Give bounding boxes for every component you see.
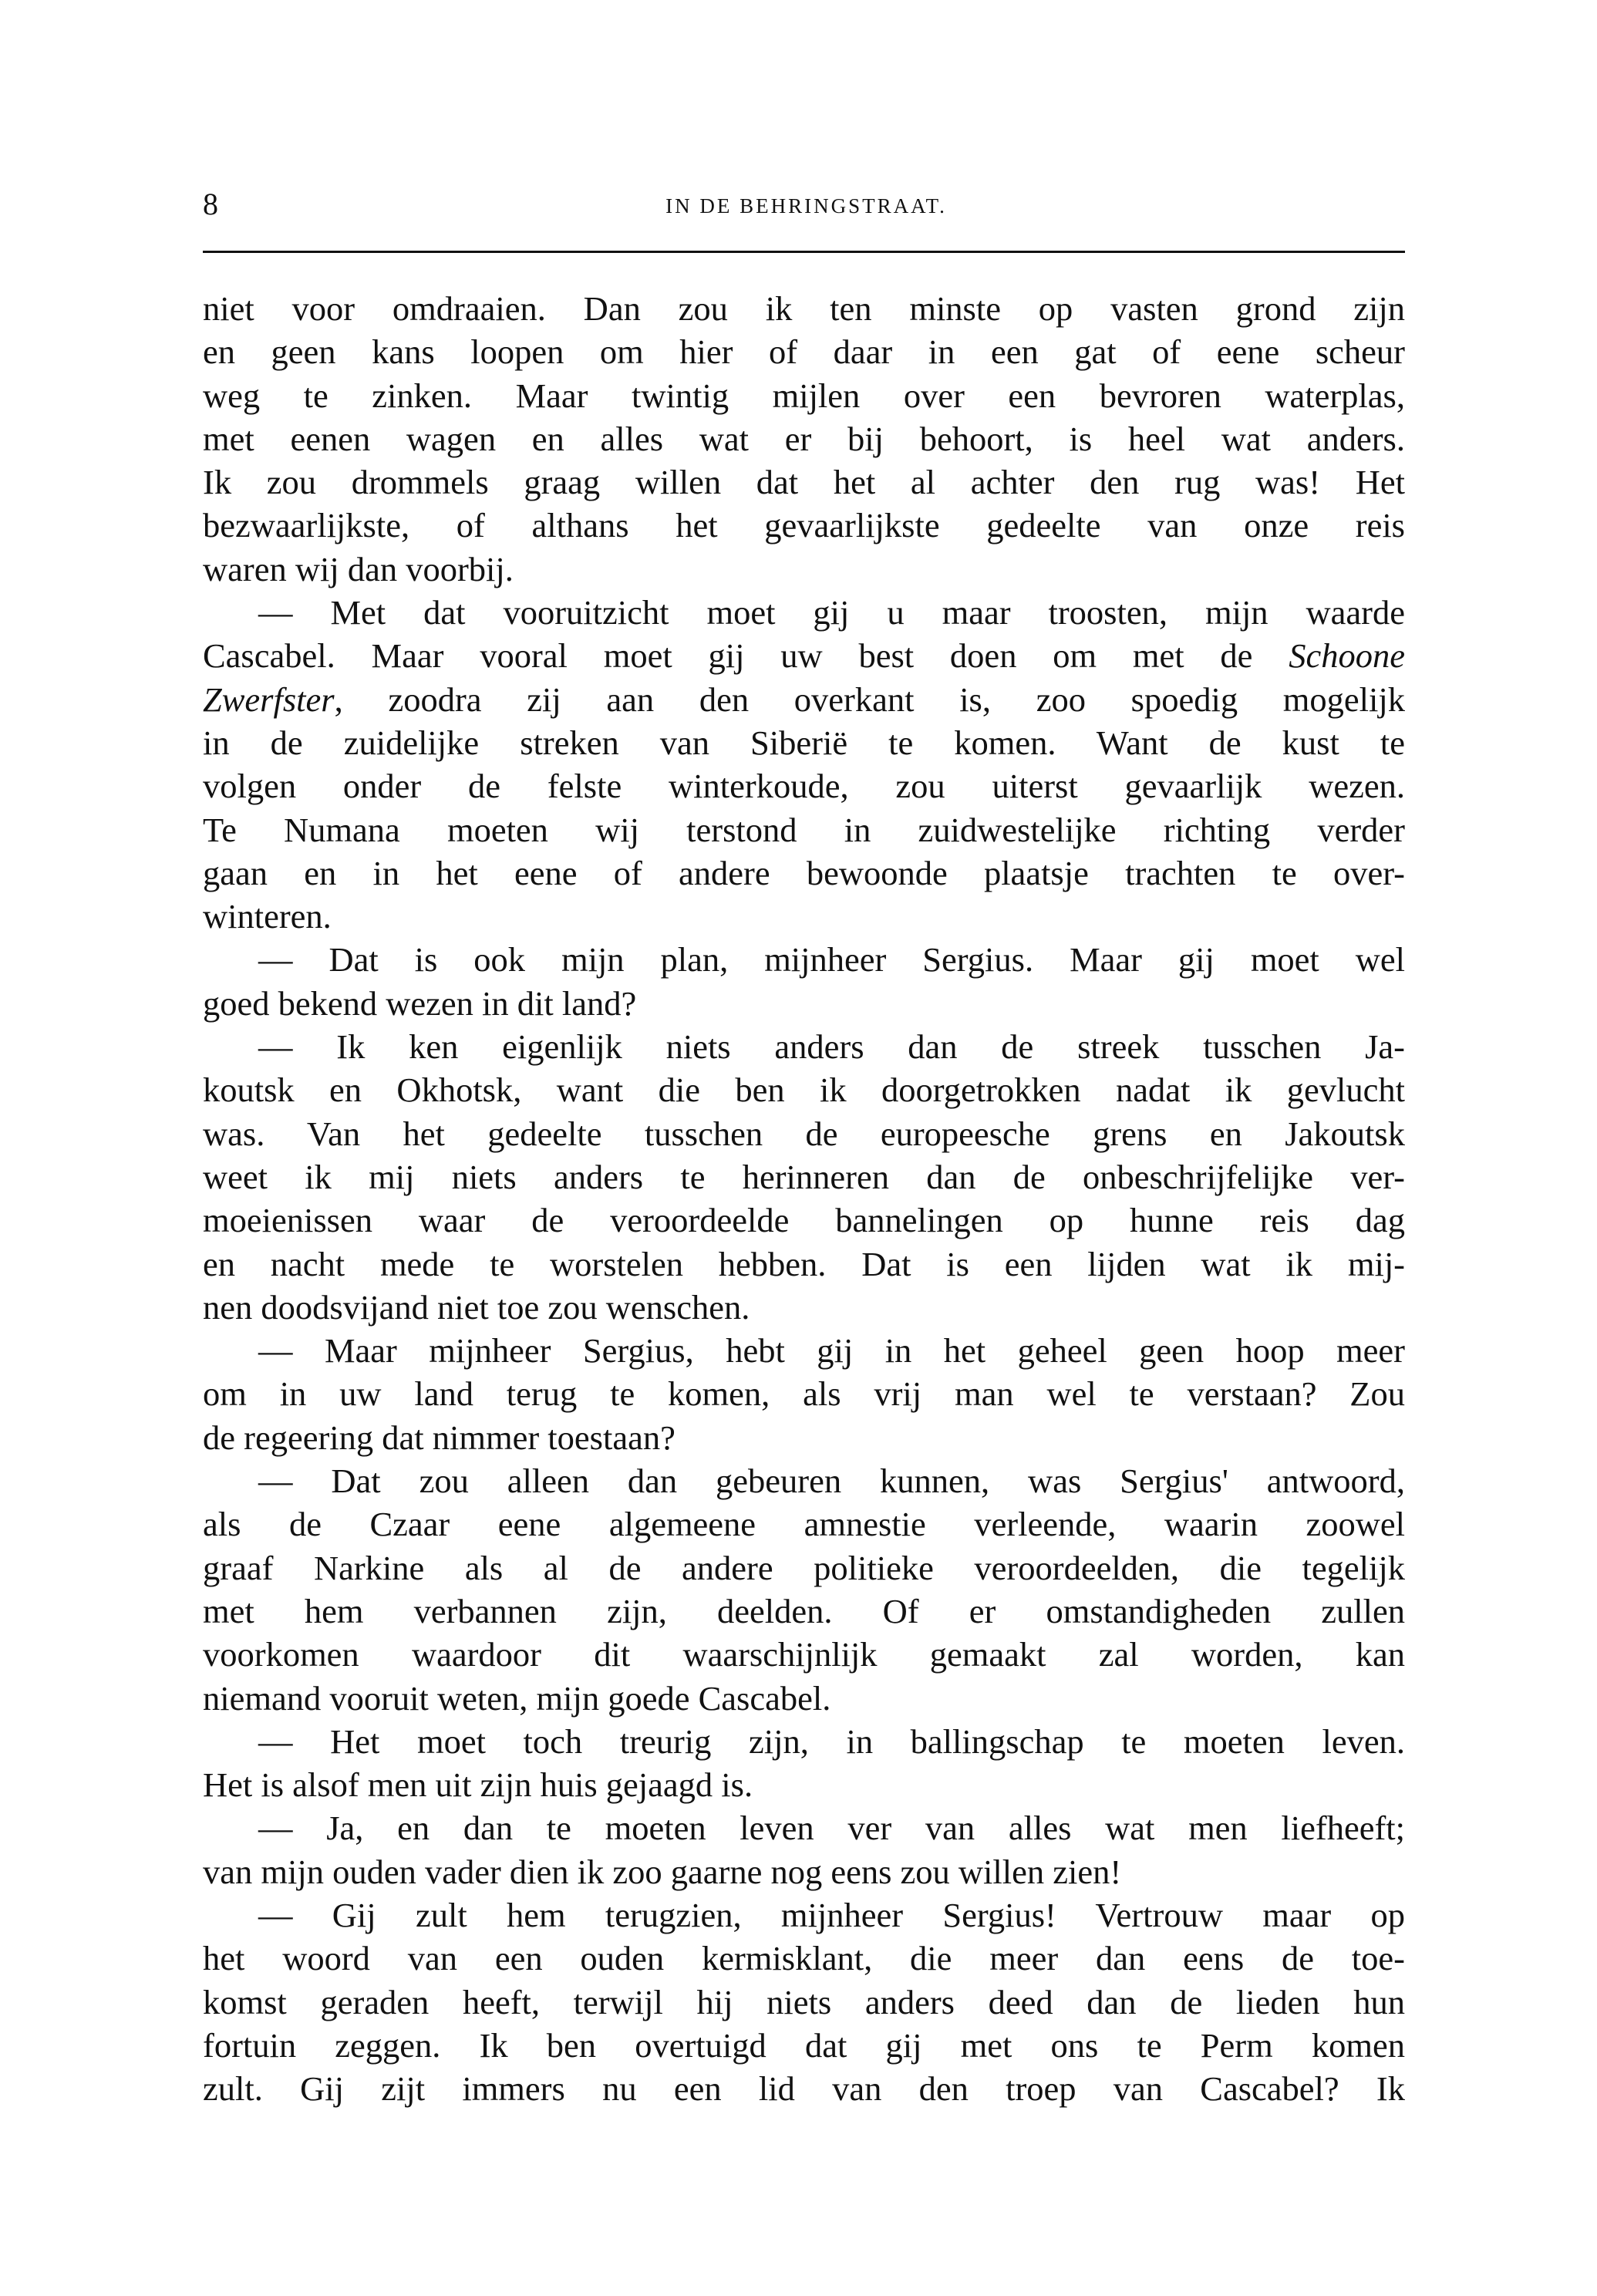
text-line: de regeering dat nimmer toestaan?: [203, 1416, 1405, 1459]
paragraph: — Met dat vooruitzicht moet gij u maar t…: [203, 591, 1405, 938]
text-line: Het is alsof men uit zijn huis gejaagd i…: [203, 1763, 1405, 1806]
paragraph: — Ik ken eigenlijk niets anders dan de s…: [203, 1025, 1405, 1329]
text-line: van mijn ouden vader dien ik zoo gaarne …: [203, 1850, 1405, 1893]
text-line: het woord van een ouden kermisklant, die…: [203, 1937, 1405, 1980]
text-line: moeienissen waar de veroordeelde banneli…: [203, 1199, 1405, 1242]
text-line: weg te zinken. Maar twintig mijlen over …: [203, 374, 1405, 417]
text-line: fortuin zeggen. Ik ben overtuigd dat gij…: [203, 2024, 1405, 2067]
text-line: waren wij dan voorbij.: [203, 548, 1405, 591]
italic-ship-name: Zwerfster: [203, 680, 335, 719]
text-line: en geen kans loopen om hier of daar in e…: [203, 330, 1405, 373]
text-line: niet voor omdraaien. Dan zou ik ten mins…: [203, 287, 1405, 330]
text-line: was. Van het gedeelte tusschen de europe…: [203, 1112, 1405, 1155]
italic-ship-name: Schoone: [1289, 636, 1405, 675]
text-line: — Ja, en dan te moeten leven ver van all…: [203, 1806, 1405, 1849]
text-line: niemand vooruit weten, mijn goede Cascab…: [203, 1677, 1405, 1720]
text-line: en nacht mede te worstelen hebben. Dat i…: [203, 1242, 1405, 1286]
text-line: — Ik ken eigenlijk niets anders dan de s…: [203, 1025, 1405, 1068]
text-line: — Dat zou alleen dan gebeuren kunnen, wa…: [203, 1459, 1405, 1502]
text-line: volgen onder de felste winterkoude, zou …: [203, 764, 1405, 807]
text-line: gaan en in het eene of andere bewoonde p…: [203, 851, 1405, 895]
text-line: koutsk en Okhotsk, want die ben ik doorg…: [203, 1068, 1405, 1111]
paragraph: — Gij zult hem terugzien, mijnheer Sergi…: [203, 1893, 1405, 2110]
text-line: — Gij zult hem terugzien, mijnheer Sergi…: [203, 1893, 1405, 1937]
body-text: niet voor omdraaien. Dan zou ik ten mins…: [203, 287, 1405, 2110]
text-line: als de Czaar eene algemeene amnestie ver…: [203, 1502, 1405, 1546]
text-line: nen doodsvijand niet toe zou wenschen.: [203, 1286, 1405, 1329]
running-header: 8 IN DE BEHRINGSTRAAT.: [203, 181, 1405, 228]
text-line: goed bekend wezen in dit land?: [203, 982, 1405, 1025]
paragraph: — Dat is ook mijn plan, mijnheer Sergius…: [203, 938, 1405, 1025]
paragraph: — Dat zou alleen dan gebeuren kunnen, wa…: [203, 1459, 1405, 1720]
paragraph: — Ja, en dan te moeten leven ver van all…: [203, 1806, 1405, 1893]
text-fragment: , zoodra zij aan den overkant is, zoo sp…: [335, 680, 1405, 719]
text-line: bezwaarlijkste, of althans het gevaarlij…: [203, 504, 1405, 547]
text-line: graaf Narkine als al de andere politieke…: [203, 1546, 1405, 1590]
text-line: Cascabel. Maar vooral moet gij uw best d…: [203, 634, 1405, 677]
paragraph: — Het moet toch treurig zijn, in balling…: [203, 1720, 1405, 1807]
paragraph: niet voor omdraaien. Dan zou ik ten mins…: [203, 287, 1405, 591]
text-line: — Het moet toch treurig zijn, in balling…: [203, 1720, 1405, 1763]
text-line: komst geraden heeft, terwijl hij niets a…: [203, 1981, 1405, 2024]
text-line: weet ik mij niets anders te herinneren d…: [203, 1155, 1405, 1199]
paragraph: — Maar mijnheer Sergius, hebt gij in het…: [203, 1329, 1405, 1459]
running-title: IN DE BEHRINGSTRAAT.: [203, 183, 1405, 229]
text-line: — Met dat vooruitzicht moet gij u maar t…: [203, 591, 1405, 634]
text-line: Te Numana moeten wij terstond in zuidwes…: [203, 808, 1405, 851]
header-rule: [203, 251, 1405, 253]
text-fragment: Cascabel. Maar vooral moet gij uw best d…: [203, 636, 1252, 675]
text-line: met eenen wagen en alles wat er bij beho…: [203, 417, 1405, 460]
text-line: in de zuidelijke streken van Siberië te …: [203, 721, 1405, 764]
text-line: Zwerfster, zoodra zij aan den overkant i…: [203, 678, 1405, 721]
text-line: — Maar mijnheer Sergius, hebt gij in het…: [203, 1329, 1405, 1372]
text-line: — Dat is ook mijn plan, mijnheer Sergius…: [203, 938, 1405, 981]
text-line: Ik zou drommels graag willen dat het al …: [203, 460, 1405, 504]
text-line: met hem verbannen zijn, deelden. Of er o…: [203, 1590, 1405, 1633]
text-line: voorkomen waardoor dit waarschijnlijk ge…: [203, 1633, 1405, 1676]
text-line: om in uw land terug te komen, als vrij m…: [203, 1372, 1405, 1415]
book-page: 8 IN DE BEHRINGSTRAAT. niet voor omdraai…: [0, 0, 1597, 2296]
text-line: winteren.: [203, 895, 1405, 938]
text-line: zult. Gij zijt immers nu een lid van den…: [203, 2067, 1405, 2110]
